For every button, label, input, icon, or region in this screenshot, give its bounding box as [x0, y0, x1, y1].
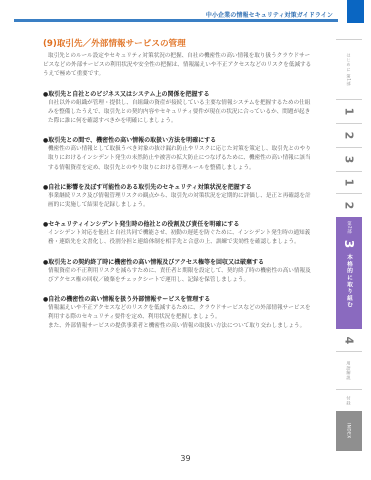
- page-number: 39: [0, 454, 371, 463]
- tab-chapter-label: 本格的に取り組む: [345, 254, 354, 308]
- item-heading: ●取引先との契約終了時に機密性の高い情報及びアクセス権等を回収又は破棄する: [43, 258, 313, 267]
- chapter-index-tabs: はじめに 第1部 1 2 3 1 2 第2部 3 本格的に取り組む 4 用語解説…: [336, 39, 362, 451]
- header-rule: [14, 19, 338, 22]
- list-item: ●自社の機密性の高い情報を扱う外部情報サービスを管理する 情報漏えいや不正アクセ…: [43, 295, 313, 332]
- tab-label: 用語解説: [347, 361, 352, 380]
- header-accent-block: [347, 0, 364, 23]
- tab-number: 1: [344, 108, 355, 116]
- item-paragraph: 情報漏えいや不正アクセスなどのリスクを低減するために、クラウドサービスなどの外部…: [48, 304, 313, 322]
- item-heading: ●自社の機密性の高い情報を扱う外部情報サービスを管理する: [43, 295, 313, 304]
- item-paragraph: インシデント対応を他社と自社共同で機能させ、初動の遅延を防ぐために、インシデント…: [48, 229, 313, 247]
- list-item: ●セキュリティインシデント発生時の他社との役割及び責任を明確にする インシデント…: [43, 220, 313, 247]
- item-body: 自社以外の組織が管理・提供し、自組織の資産が接続している主要な情報システムを把握…: [48, 99, 313, 127]
- tab-label: はじめに 第1部: [347, 53, 352, 86]
- list-item: ●取引先との契約終了時に機密性の高い情報及びアクセス権等を回収又は破棄する 情報…: [43, 258, 313, 285]
- tab-number: 3: [343, 240, 355, 248]
- tab-part1-ch3[interactable]: 3: [336, 147, 362, 171]
- tab-number: 1: [344, 179, 355, 187]
- tab-part2-ch1[interactable]: 1: [336, 171, 362, 193]
- item-paragraph: 自社以外の組織が管理・提供し、自組織の資産が接続している主要な情報システムを把握…: [48, 99, 313, 127]
- item-paragraph: 情報資産の不正利用リスクを減らすために、責任者と期限を設定して、契約終了時の機密…: [48, 267, 313, 285]
- document-page: 中小企業の情報セキュリティ対策ガイドライン (9)取引先／外部情報サービスの管理…: [0, 0, 371, 480]
- tab-part2-ch3-active[interactable]: 第2部 3 本格的に取り組む: [336, 217, 362, 329]
- item-paragraph: また、外部情報サービスの提供事業者と機密性の高い情報の取扱い方法について取り交わ…: [48, 322, 313, 331]
- tab-number: 2: [344, 202, 355, 210]
- list-item: ●取引先と自社とのビジネス又はシステム上の関係を把握する 自社以外の組織が管理・…: [43, 90, 313, 127]
- header-title: 中小企業の情報セキュリティ対策ガイドライン: [206, 10, 333, 19]
- item-heading: ●自社に影響を及ぼす可能性のある取引先のセキュリティ対策状況を把握する: [43, 183, 313, 192]
- section-title: (9)取引先／外部情報サービスの管理: [43, 39, 313, 50]
- tab-part1-ch2[interactable]: 2: [336, 123, 362, 147]
- main-content: (9)取引先／外部情報サービスの管理 取引先とのルール設定やセキュリティ対策状況…: [43, 39, 313, 342]
- tab-glossary[interactable]: 用語解説: [336, 351, 362, 389]
- item-body: 情報資産の不正利用リスクを減らすために、責任者と期限を設定して、契約終了時の機密…: [48, 267, 313, 285]
- tab-label: INDEX: [347, 423, 352, 439]
- item-body: 事業継続リスク及び情報管理リスクの観点から、取引先の対策状況を定期的に評価し、是…: [48, 192, 313, 210]
- item-paragraph: 機密性の高い情報として取扱うべき対象の抜け漏れ防止やリスクに応じた対策を策定し、…: [48, 145, 313, 173]
- item-paragraph: 事業継続リスク及び情報管理リスクの観点から、取引先の対策状況を定期的に評価し、是…: [48, 192, 313, 210]
- item-body: 情報漏えいや不正アクセスなどのリスクを低減するために、クラウドサービスなどの外部…: [48, 304, 313, 332]
- tab-part1-ch1[interactable]: 1: [336, 99, 362, 123]
- section-intro: 取引先とのルール設定やセキュリティ対策状況の把握、自社の機密性の高い情報を取り扱…: [43, 52, 313, 80]
- item-body: 機密性の高い情報として取扱うべき対象の抜け漏れ防止やリスクに応じた対策を策定し、…: [48, 145, 313, 173]
- item-heading: ●取引先との間で、機密性の高い情報の取扱い方法を明確にする: [43, 136, 313, 145]
- item-heading: ●セキュリティインシデント発生時の他社との役割及び責任を明確にする: [43, 220, 313, 229]
- list-item: ●取引先との間で、機密性の高い情報の取扱い方法を明確にする 機密性の高い情報とし…: [43, 136, 313, 173]
- tab-number: 2: [344, 132, 355, 140]
- list-item: ●自社に影響を及ぼす可能性のある取引先のセキュリティ対策状況を把握する 事業継続…: [43, 183, 313, 210]
- tab-intro-part1[interactable]: はじめに 第1部: [336, 39, 362, 99]
- tab-label: 付録: [347, 396, 352, 405]
- tab-part-label: 第2部: [347, 221, 352, 234]
- tab-part2-ch2[interactable]: 2: [336, 193, 362, 217]
- item-body: インシデント対応を他社と自社共同で機能させ、初動の遅延を防ぐために、インシデント…: [48, 229, 313, 247]
- tab-part2-ch4[interactable]: 4: [336, 329, 362, 351]
- tab-index[interactable]: INDEX: [336, 411, 362, 451]
- tab-number: 3: [344, 156, 355, 164]
- tab-appendix[interactable]: 付録: [336, 389, 362, 411]
- item-heading: ●取引先と自社とのビジネス又はシステム上の関係を把握する: [43, 90, 313, 99]
- tab-number: 4: [344, 336, 355, 344]
